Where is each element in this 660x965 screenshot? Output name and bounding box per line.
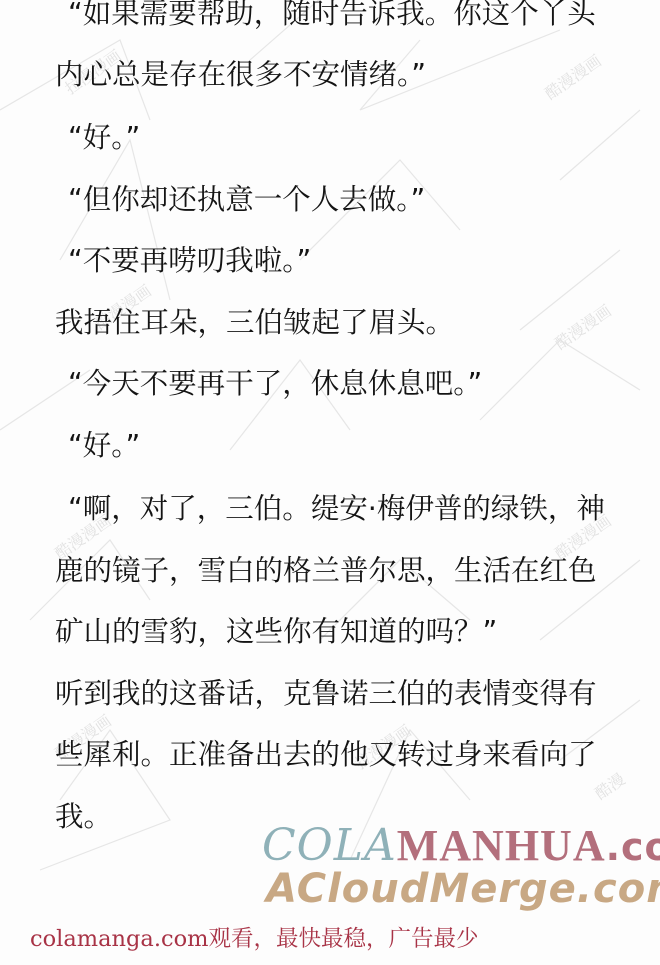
text-line: “不要再唠叨我啦。” [68,241,311,281]
text-line: “啊，对了，三伯。缇安·梅伊普的绿铁，神 [68,489,605,529]
svg-text:酷漫漫画: 酷漫漫画 [551,301,614,353]
text-line: 鹿的镜子，雪白的格兰普尔思，生活在红色 [55,551,597,591]
text-line: “好。” [68,426,140,466]
logo-com: .com [606,825,660,869]
text-line: 些犀利。正准备出去的他又转过身来看向了 [55,735,597,775]
text-line: 矿山的雪豹，这些你有知道的吗？” [55,612,497,652]
text-line: 内心总是存在很多不安情绪。” [55,55,426,95]
svg-text:酷漫漫画: 酷漫漫画 [541,51,604,103]
text-line: “好。” [68,118,140,158]
acloudmerge-logo: ACloudMerge.com [266,866,660,912]
text-line: 我。 [55,797,112,837]
text-line: “今天不要再干了，休息休息吧。” [68,364,482,404]
logo-manhua: MANHUA [397,821,606,870]
site-footer-link[interactable]: colamanga.com观看，最快最稳，广告最少 [30,924,478,954]
text-line: “但你却还执意一个人去做。” [68,180,425,220]
logo-cola: COLA [262,820,397,871]
text-line: 听到我的这番话，克鲁诺三伯的表情变得有 [55,674,597,714]
text-line: “如果需要帮助，随时告诉我。你这个丫头 [68,0,596,34]
text-line: 我捂住耳朵，三伯皱起了眉头。 [55,303,454,343]
svg-text:酷漫: 酷漫 [591,769,628,803]
